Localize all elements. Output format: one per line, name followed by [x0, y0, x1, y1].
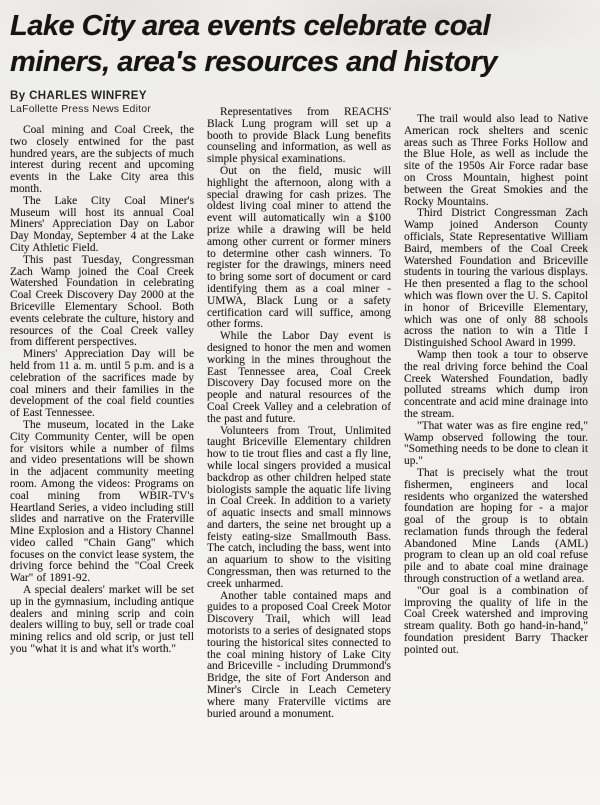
column-1: By CHARLES WINFREY LaFollette Press News…: [10, 90, 194, 720]
byline: By CHARLES WINFREY LaFollette Press News…: [10, 90, 194, 116]
paragraph: Third District Congressman Zach Wamp joi…: [404, 208, 588, 350]
paragraph: Representatives from REACHS' Black Lung …: [207, 107, 391, 166]
byline-author: By CHARLES WINFREY: [10, 90, 194, 103]
paragraph: The museum, located in the Lake City Com…: [10, 420, 194, 585]
paragraph: "That water was as fire engine red," Wam…: [404, 421, 588, 468]
paragraph: That is precisely what the trout fisherm…: [404, 468, 588, 586]
newspaper-clipping: Lake City area events celebrate coal min…: [0, 0, 600, 805]
paragraph: Out on the field, music will highlight t…: [207, 166, 391, 331]
paragraph: Volunteers from Trout, Unlimited taught …: [207, 426, 391, 591]
paragraph: Miners' Appreciation Day will be held fr…: [10, 349, 194, 420]
article-headline: Lake City area events celebrate coal min…: [0, 0, 600, 80]
column-2: Representatives from REACHS' Black Lung …: [207, 90, 391, 720]
headline-line-1: Lake City area events celebrate coal: [10, 8, 592, 44]
column-3: The trail would also lead to Native Amer…: [404, 90, 588, 720]
article-columns: By CHARLES WINFREY LaFollette Press News…: [0, 80, 600, 720]
headline-line-2: miners, area's resources and history: [10, 44, 592, 80]
paragraph: Wamp then took a tour to observe the rea…: [404, 350, 588, 421]
paragraph: This past Tuesday, Congressman Zach Wamp…: [10, 255, 194, 349]
paragraph: The trail would also lead to Native Amer…: [404, 114, 588, 208]
paragraph: Another table contained maps and guides …: [207, 591, 391, 721]
paragraph: While the Labor Day event is designed to…: [207, 331, 391, 425]
byline-press-title: LaFollette Press News Editor: [10, 103, 194, 116]
paragraph: Coal mining and Coal Creek, the two clos…: [10, 125, 194, 196]
paragraph: A special dealers' market will be set up…: [10, 585, 194, 656]
paragraph: The Lake City Coal Miner's Museum will h…: [10, 196, 194, 255]
paragraph: "Our goal is a combination of improving …: [404, 586, 588, 657]
